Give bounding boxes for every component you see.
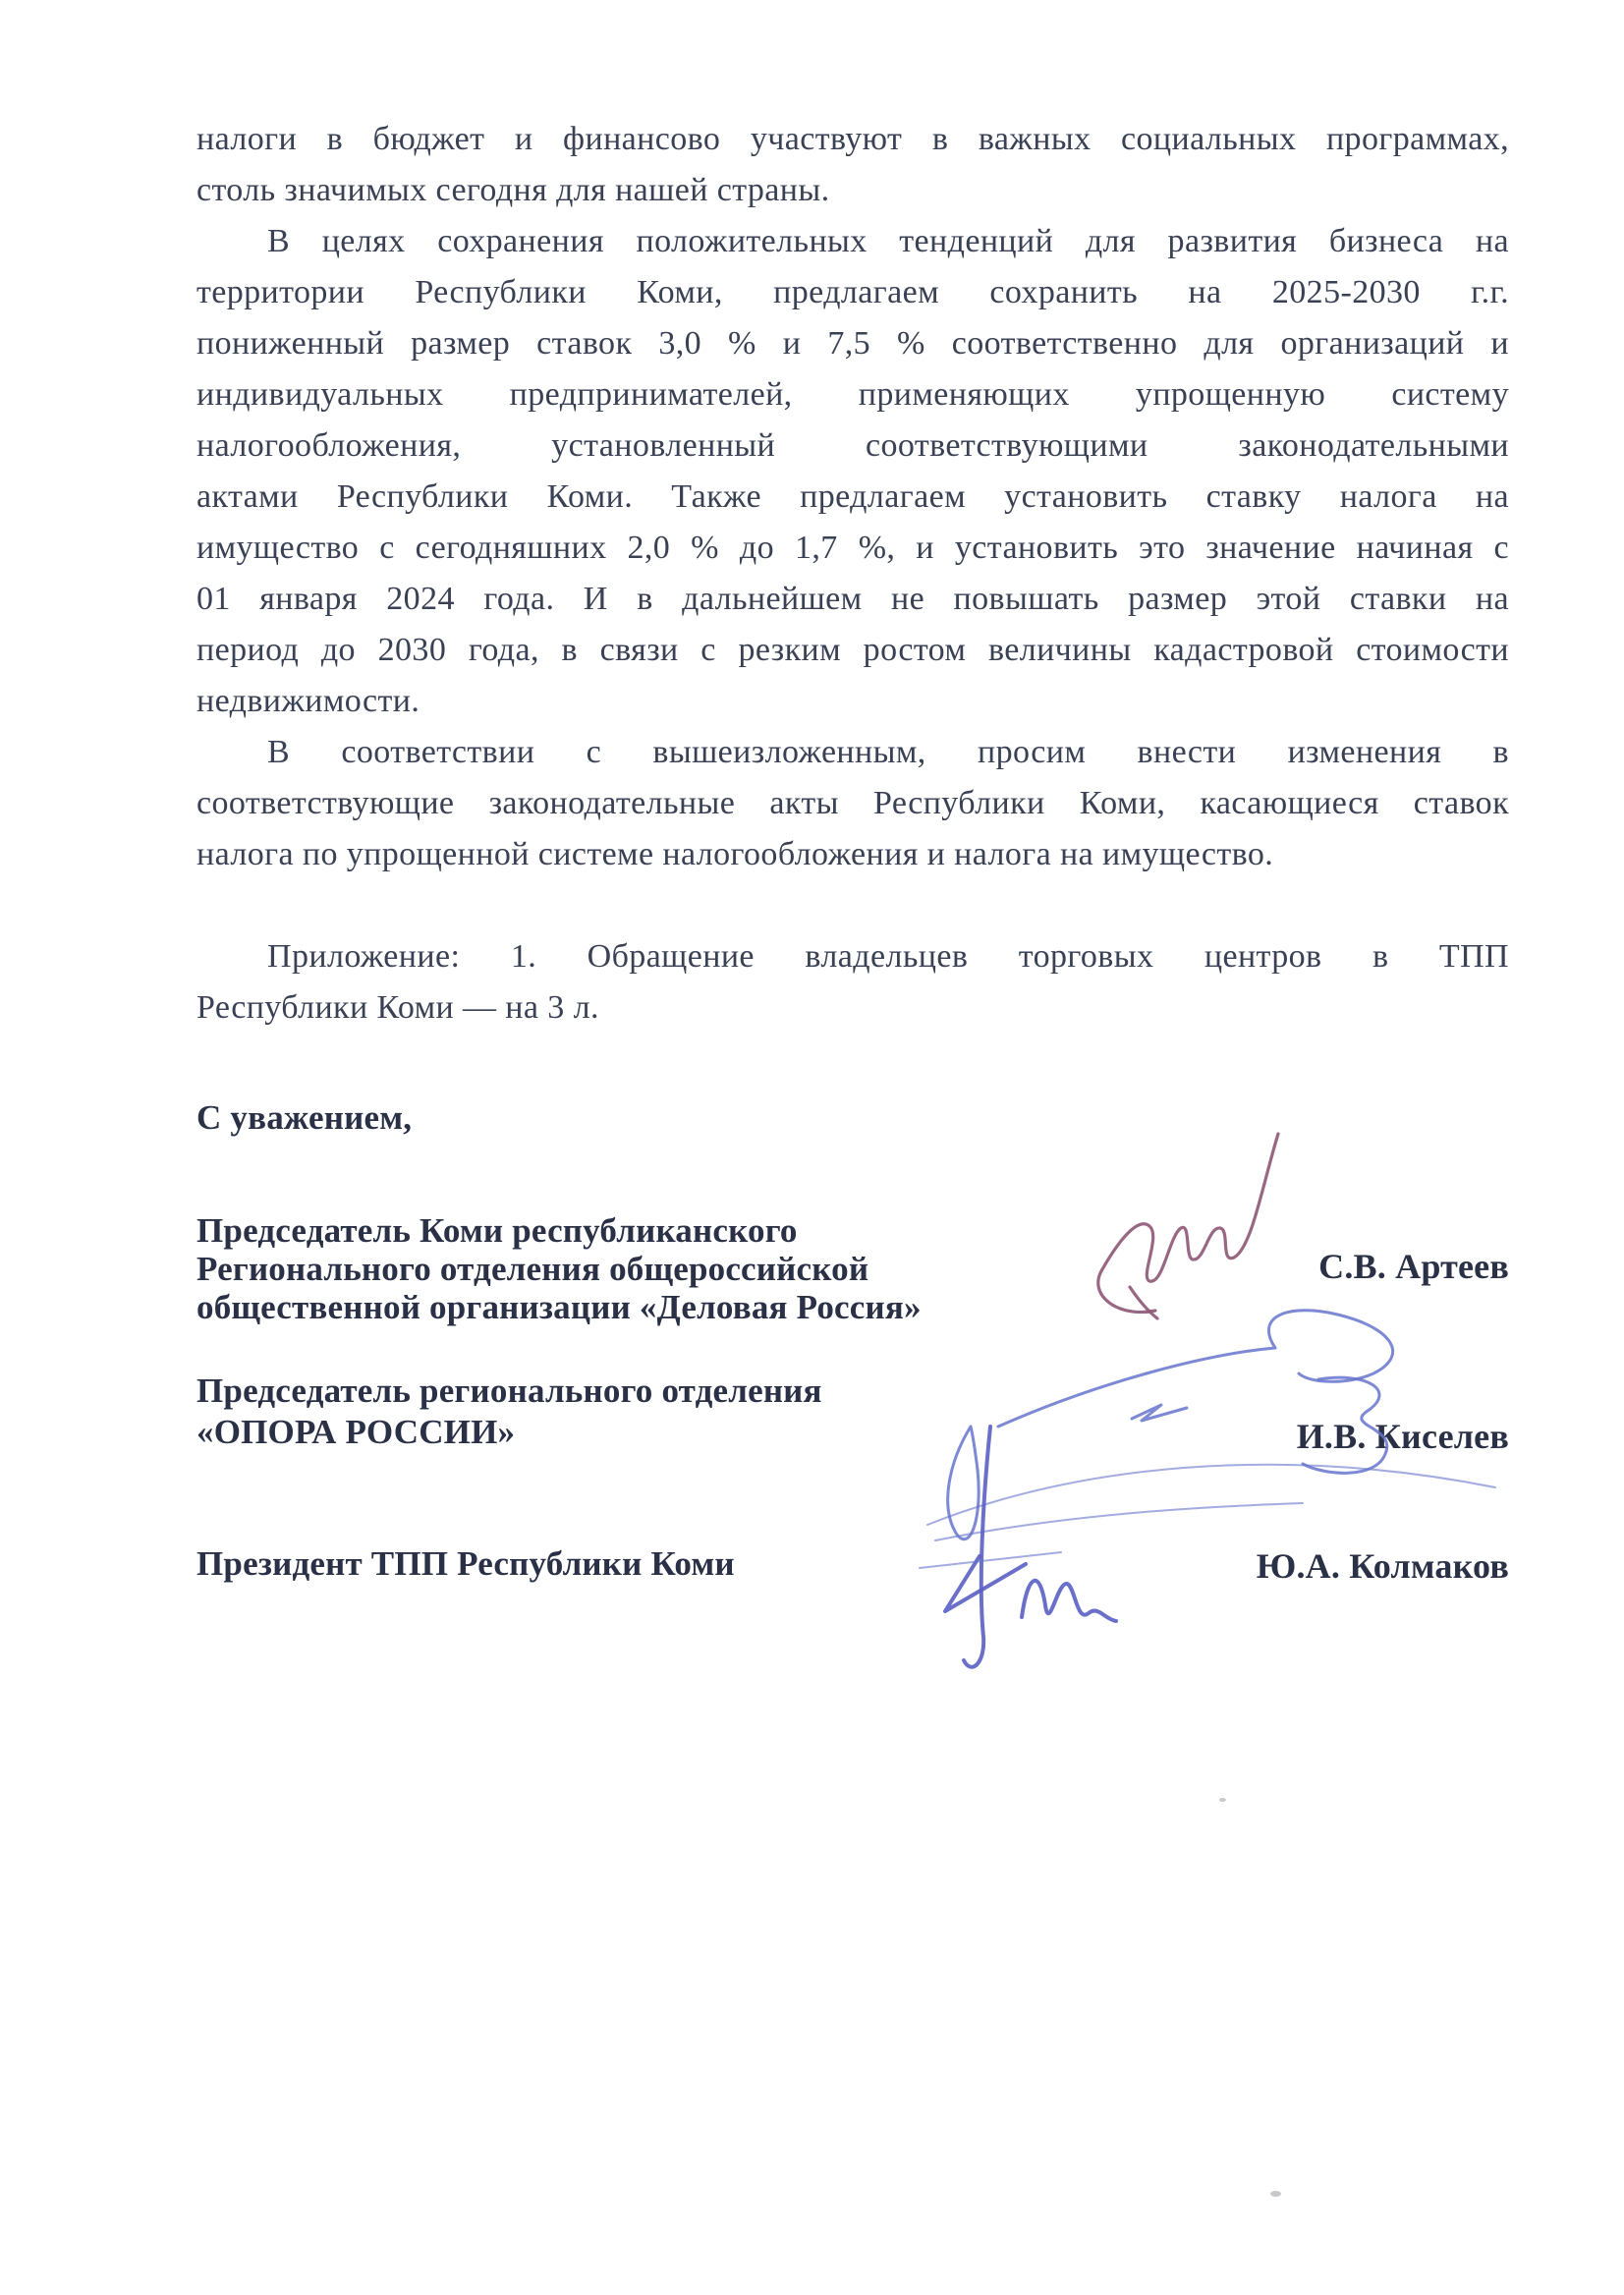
body-line: В соответствии с вышеизложенным, просим … (196, 727, 1509, 778)
body-line: соответствующие законодательные акты Рес… (196, 778, 1509, 829)
signatory-name-kolmakov: Ю.А. Колмаков (1081, 1546, 1509, 1586)
body-line: территории Республики Коми, предлагаем с… (196, 267, 1509, 318)
attachment-line: Приложение: 1. Обращение владельцев торг… (196, 931, 1509, 982)
body-line: недвижимости. (196, 676, 1509, 727)
body-line: пониженный размер ставок 3,0 % и 7,5 % с… (196, 318, 1509, 369)
signatory-title-line: Президент ТПП Республики Коми (196, 1544, 1081, 1584)
attachment-line: Республики Коми — на 3 л. (196, 982, 1509, 1034)
signatory-name-kiselev: И.В. Киселев (1081, 1417, 1509, 1456)
signatory-name-arteev: С.В. Артеев (1081, 1247, 1509, 1286)
body-line: налоги в бюджет и финансово участвуют в … (196, 114, 1509, 165)
body-line: период до 2030 года, в связи с резким ро… (196, 625, 1509, 676)
body-line: индивидуальных предпринимателей, применя… (196, 369, 1509, 420)
body-line: имущество с сегодняшних 2,0 % до 1,7 %, … (196, 523, 1509, 574)
signatory-title-line: Председатель Коми республиканского (196, 1211, 1081, 1251)
scan-speck (1219, 1798, 1226, 1802)
body-line: налога по упрощенной системе налогооблож… (196, 829, 1509, 880)
body-line: актами Республики Коми. Также предлагаем… (196, 472, 1509, 523)
scan-speck (1270, 2191, 1281, 2197)
body-line: 01 января 2024 года. И в дальнейшем не п… (196, 574, 1509, 625)
signatory-title-line: Регионального отделения общероссийской (196, 1250, 1081, 1289)
body-line: налогообложения, установленный соответст… (196, 420, 1509, 472)
letter-page: налоги в бюджет и финансово участвуют в … (0, 0, 1624, 2295)
body-line: В целях сохранения положительных тенденц… (196, 216, 1509, 267)
signatory-title-line: Председатель регионального отделения (196, 1371, 1081, 1411)
signatory-title-line: «ОПОРА РОССИИ» (196, 1413, 1081, 1452)
body-line: столь значимых сегодня для нашей страны. (196, 165, 1509, 216)
closing-salutation: С уважением, (196, 1092, 1509, 1144)
arteev-signature-icon (1098, 1134, 1278, 1318)
signatory-title-line: общественной организации «Деловая Россия… (196, 1288, 1081, 1327)
